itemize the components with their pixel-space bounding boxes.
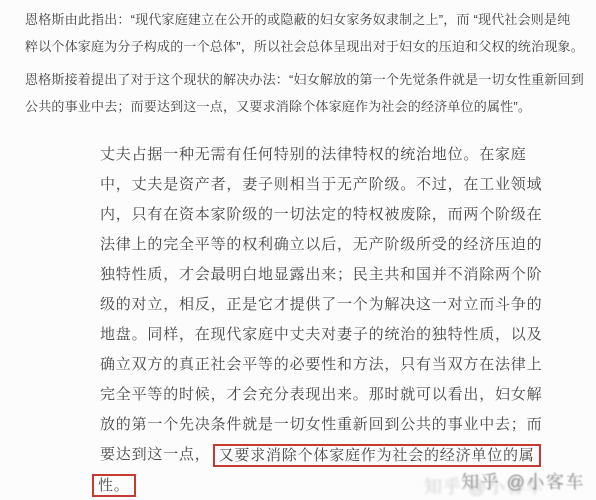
- quote-text-line: 独特性质，才会最明白地显露出来；民主共和国并不消除两个阶: [100, 260, 560, 290]
- quote-text-line: 丈夫占据一种无需有任何特别的法律特权的统治地位。在家庭: [100, 140, 560, 170]
- quote-text-line: 完全平等的时候，才会充分表现出来。那时就可以看出，妇女解: [100, 380, 560, 410]
- quote-text-line: 确立双方的真正社会平等的必要性和方法，只有当双方在法律上: [100, 350, 560, 380]
- paragraph-engels-points-out: 恩格斯由此指出：“现代家庭建立在公开的或隐蔽的妇女家务奴隶制之上”，而 “现代社…: [25, 6, 590, 60]
- paragraph-text-line: 恩格斯接着提出了对于这个现状的解决办法：“妇女解放的第一个先觉条件就是一切女性重…: [25, 66, 590, 93]
- paragraph-engels-solution: 恩格斯接着提出了对于这个现状的解决办法：“妇女解放的第一个先觉条件就是一切女性重…: [25, 66, 590, 120]
- quote-text-line: 地盘。同样，在现代家庭中丈夫对妻子的统治的独特性质，以及: [100, 320, 560, 350]
- article-page: 恩格斯由此指出：“现代家庭建立在公开的或隐蔽的妇女家务奴隶制之上”，而 “现代社…: [0, 0, 596, 500]
- red-highlight-box-tail: 性。: [92, 474, 136, 497]
- red-highlight-box: 又要求消除个体家庭作为社会的经济单位的属: [213, 444, 541, 467]
- quote-lines: 丈夫占据一种无需有任何特别的法律特权的统治地位。在家庭 中，丈夫是资产者，妻子则…: [100, 140, 560, 440]
- quote-line-tail: 性。: [100, 470, 560, 500]
- quote-line-prefix: 要达到这一点，: [100, 446, 211, 463]
- quote-text-line: 级的对立，相反，正是它才提供了一个为解决这一对立而斗争的: [100, 290, 560, 320]
- quote-text-line: 中，丈夫是资产者，妻子则相当于无产阶级。不过，在工业领域: [100, 170, 560, 200]
- quote-line-with-highlight: 要达到这一点，又要求消除个体家庭作为社会的经济单位的属: [100, 440, 560, 470]
- paragraph-text-line: 公共的事业中去；而要达到这一点，又要求消除个体家庭作为社会的经济单位的属性”。: [25, 93, 590, 120]
- quote-text-line: 法律上的完全平等的权利确立以后，无产阶级所受的经济压迫的: [100, 230, 560, 260]
- paragraph-text-line: 粹以个体家庭为分子构成的一个总体”，所以社会总体呈现出对于妇女的压迫和父权的统治…: [25, 33, 590, 60]
- paragraph-text-line: 恩格斯由此指出：“现代家庭建立在公开的或隐蔽的妇女家务奴隶制之上”，而 “现代社…: [25, 6, 590, 33]
- quote-text-line: 放的第一个先决条件就是一切女性重新回到公共的事业中去；而: [100, 410, 560, 440]
- quote-text-line: 内，只有在资本家阶级的一切法定的特权被废除，而两个阶级在: [100, 200, 560, 230]
- quote-block: 丈夫占据一种无需有任何特别的法律特权的统治地位。在家庭 中，丈夫是资产者，妻子则…: [100, 140, 560, 500]
